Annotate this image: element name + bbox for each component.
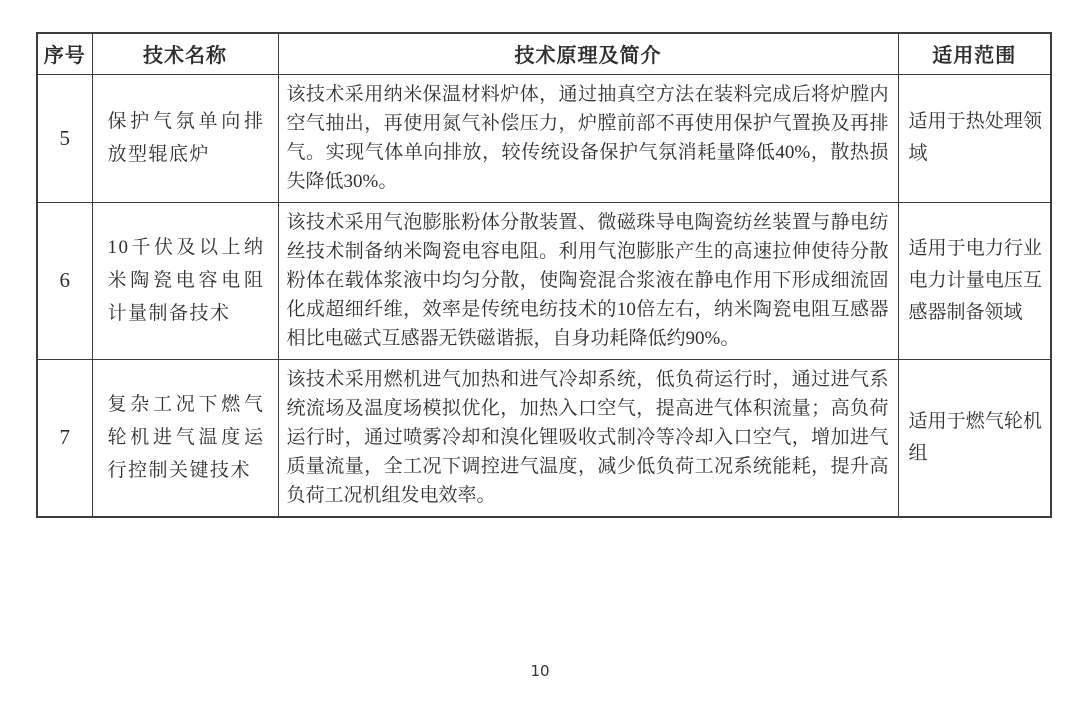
tech-scope: 适用于热处理领域 — [898, 74, 1051, 202]
tech-scope: 适用于电力行业电力计量电压互感器制备领域 — [898, 202, 1051, 359]
tech-name: 复杂工况下燃气轮机进气温度运行控制关键技术 — [92, 359, 278, 517]
header-seq-number: 序号 — [37, 33, 92, 74]
row-number: 7 — [37, 359, 92, 517]
tech-name: 保护气氛单向排放型辊底炉 — [92, 74, 278, 202]
table-row-6: 6 10千伏及以上纳米陶瓷电容电阻计量制备技术 该技术采用气泡膨胀粉体分散装置、… — [37, 202, 1051, 359]
table-header-row: 序号 技术名称 技术原理及简介 适用范围 — [37, 33, 1051, 74]
technology-table: 序号 技术名称 技术原理及简介 适用范围 5 保护气氛单向排放型辊底炉 该技术采… — [36, 32, 1052, 518]
table-row-7: 7 复杂工况下燃气轮机进气温度运行控制关键技术 该技术采用燃机进气加热和进气冷却… — [37, 359, 1051, 517]
row-number: 6 — [37, 202, 92, 359]
tech-scope: 适用于燃气轮机组 — [898, 359, 1051, 517]
header-tech-principle: 技术原理及简介 — [278, 33, 898, 74]
row-number: 5 — [37, 74, 92, 202]
tech-name: 10千伏及以上纳米陶瓷电容电阻计量制备技术 — [92, 202, 278, 359]
table-row-5: 5 保护气氛单向排放型辊底炉 该技术采用纳米保温材料炉体，通过抽真空方法在装料完… — [37, 74, 1051, 202]
header-scope: 适用范围 — [898, 33, 1051, 74]
page-number: 10 — [0, 662, 1080, 680]
tech-description: 该技术采用燃机进气加热和进气冷却系统，低负荷运行时，通过进气系统流场及温度场模拟… — [278, 359, 898, 517]
tech-description: 该技术采用纳米保温材料炉体，通过抽真空方法在装料完成后将炉膛内空气抽出，再使用氮… — [278, 74, 898, 202]
document-page: 序号 技术名称 技术原理及简介 适用范围 5 保护气氛单向排放型辊底炉 该技术采… — [0, 0, 1080, 704]
tech-description: 该技术采用气泡膨胀粉体分散装置、微磁珠导电陶瓷纺丝装置与静电纺丝技术制备纳米陶瓷… — [278, 202, 898, 359]
header-tech-name: 技术名称 — [92, 33, 278, 74]
